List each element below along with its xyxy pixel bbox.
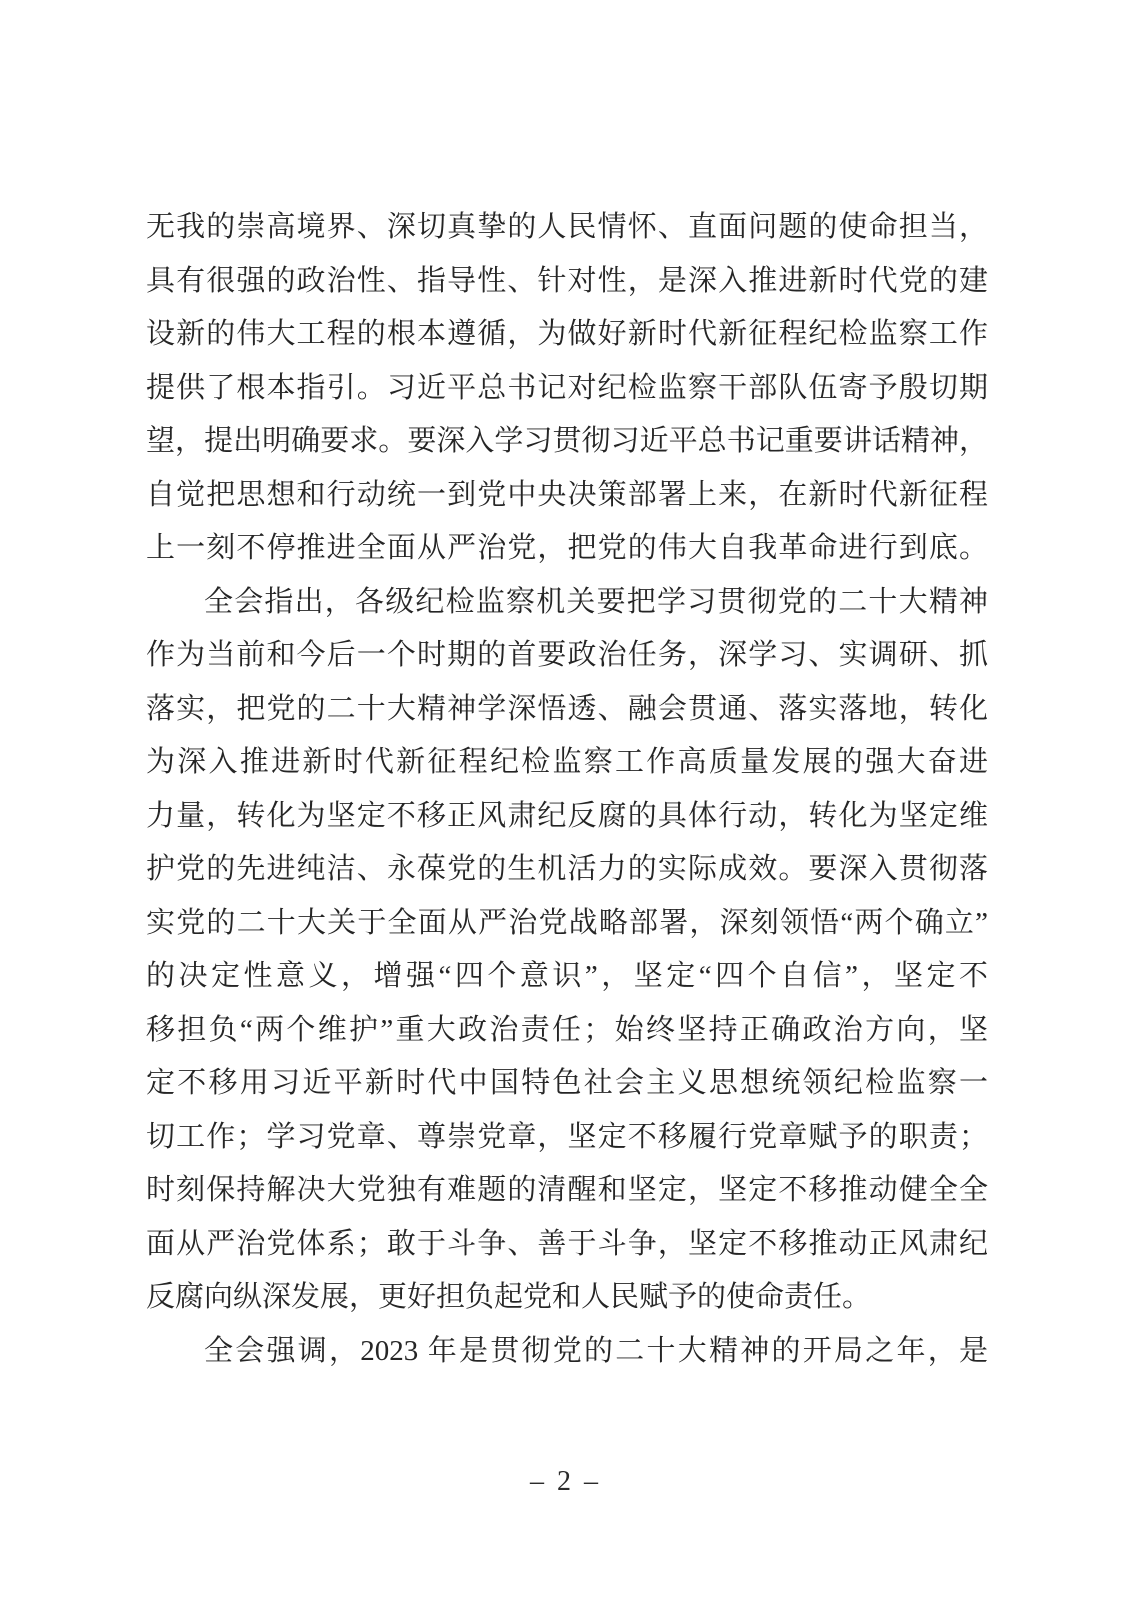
text-line: 望，提出明确要求。要深入学习贯彻习近平总书记重要讲话精神， — [146, 415, 988, 469]
text-line: 移担负“两个维护”重大政治责任；始终坚持正确政治方向，坚 — [146, 1004, 988, 1058]
text-line: 的决定性意义，增强“四个意识”，坚定“四个自信”，坚定不 — [146, 950, 988, 1004]
page-number: – 2 – — [0, 1462, 1131, 1502]
text-line: 实党的二十大关于全面从严治党战略部署，深刻领悟“两个确立” — [146, 897, 988, 951]
text-line: 反腐向纵深发展，更好担负起党和人民赋予的使命责任。 — [146, 1271, 988, 1325]
text-line: 自觉把思想和行动统一到党中央决策部署上来，在新时代新征程 — [146, 469, 988, 523]
text-line: 全会指出，各级纪检监察机关要把学习贯彻党的二十大精神 — [146, 576, 988, 630]
text-line: 切工作；学习党章、尊崇党章，坚定不移履行党章赋予的职责； — [146, 1111, 988, 1165]
text-line: 全会强调，2023 年是贯彻党的二十大精神的开局之年，是 — [146, 1325, 988, 1379]
text-line: 时刻保持解决大党独有难题的清醒和坚定，坚定不移推动健全全 — [146, 1164, 988, 1218]
text-line: 护党的先进纯洁、永葆党的生机活力的实际成效。要深入贯彻落 — [146, 843, 988, 897]
text-line: 无我的崇高境界、深切真挚的人民情怀、直面问题的使命担当， — [146, 201, 988, 255]
text-line: 上一刻不停推进全面从严治党，把党的伟大自我革命进行到底。 — [146, 522, 988, 576]
text-block: 无我的崇高境界、深切真挚的人民情怀、直面问题的使命担当，具有很强的政治性、指导性… — [146, 201, 988, 1378]
text-line: 面从严治党体系；敢于斗争、善于斗争，坚定不移推动正风肃纪 — [146, 1218, 988, 1272]
text-line: 为深入推进新时代新征程纪检监察工作高质量发展的强大奋进 — [146, 736, 988, 790]
text-line: 力量，转化为坚定不移正风肃纪反腐的具体行动，转化为坚定维 — [146, 790, 988, 844]
text-line: 定不移用习近平新时代中国特色社会主义思想统领纪检监察一 — [146, 1057, 988, 1111]
text-line: 设新的伟大工程的根本遵循，为做好新时代新征程纪检监察工作 — [146, 308, 988, 362]
text-line: 具有很强的政治性、指导性、针对性，是深入推进新时代党的建 — [146, 255, 988, 309]
text-line: 提供了根本指引。习近平总书记对纪检监察干部队伍寄予殷切期 — [146, 362, 988, 416]
document-page: 无我的崇高境界、深切真挚的人民情怀、直面问题的使命担当，具有很强的政治性、指导性… — [0, 0, 1131, 1600]
text-line: 落实，把党的二十大精神学深悟透、融会贯通、落实落地，转化 — [146, 683, 988, 737]
text-line: 作为当前和今后一个时期的首要政治任务，深学习、实调研、抓 — [146, 629, 988, 683]
